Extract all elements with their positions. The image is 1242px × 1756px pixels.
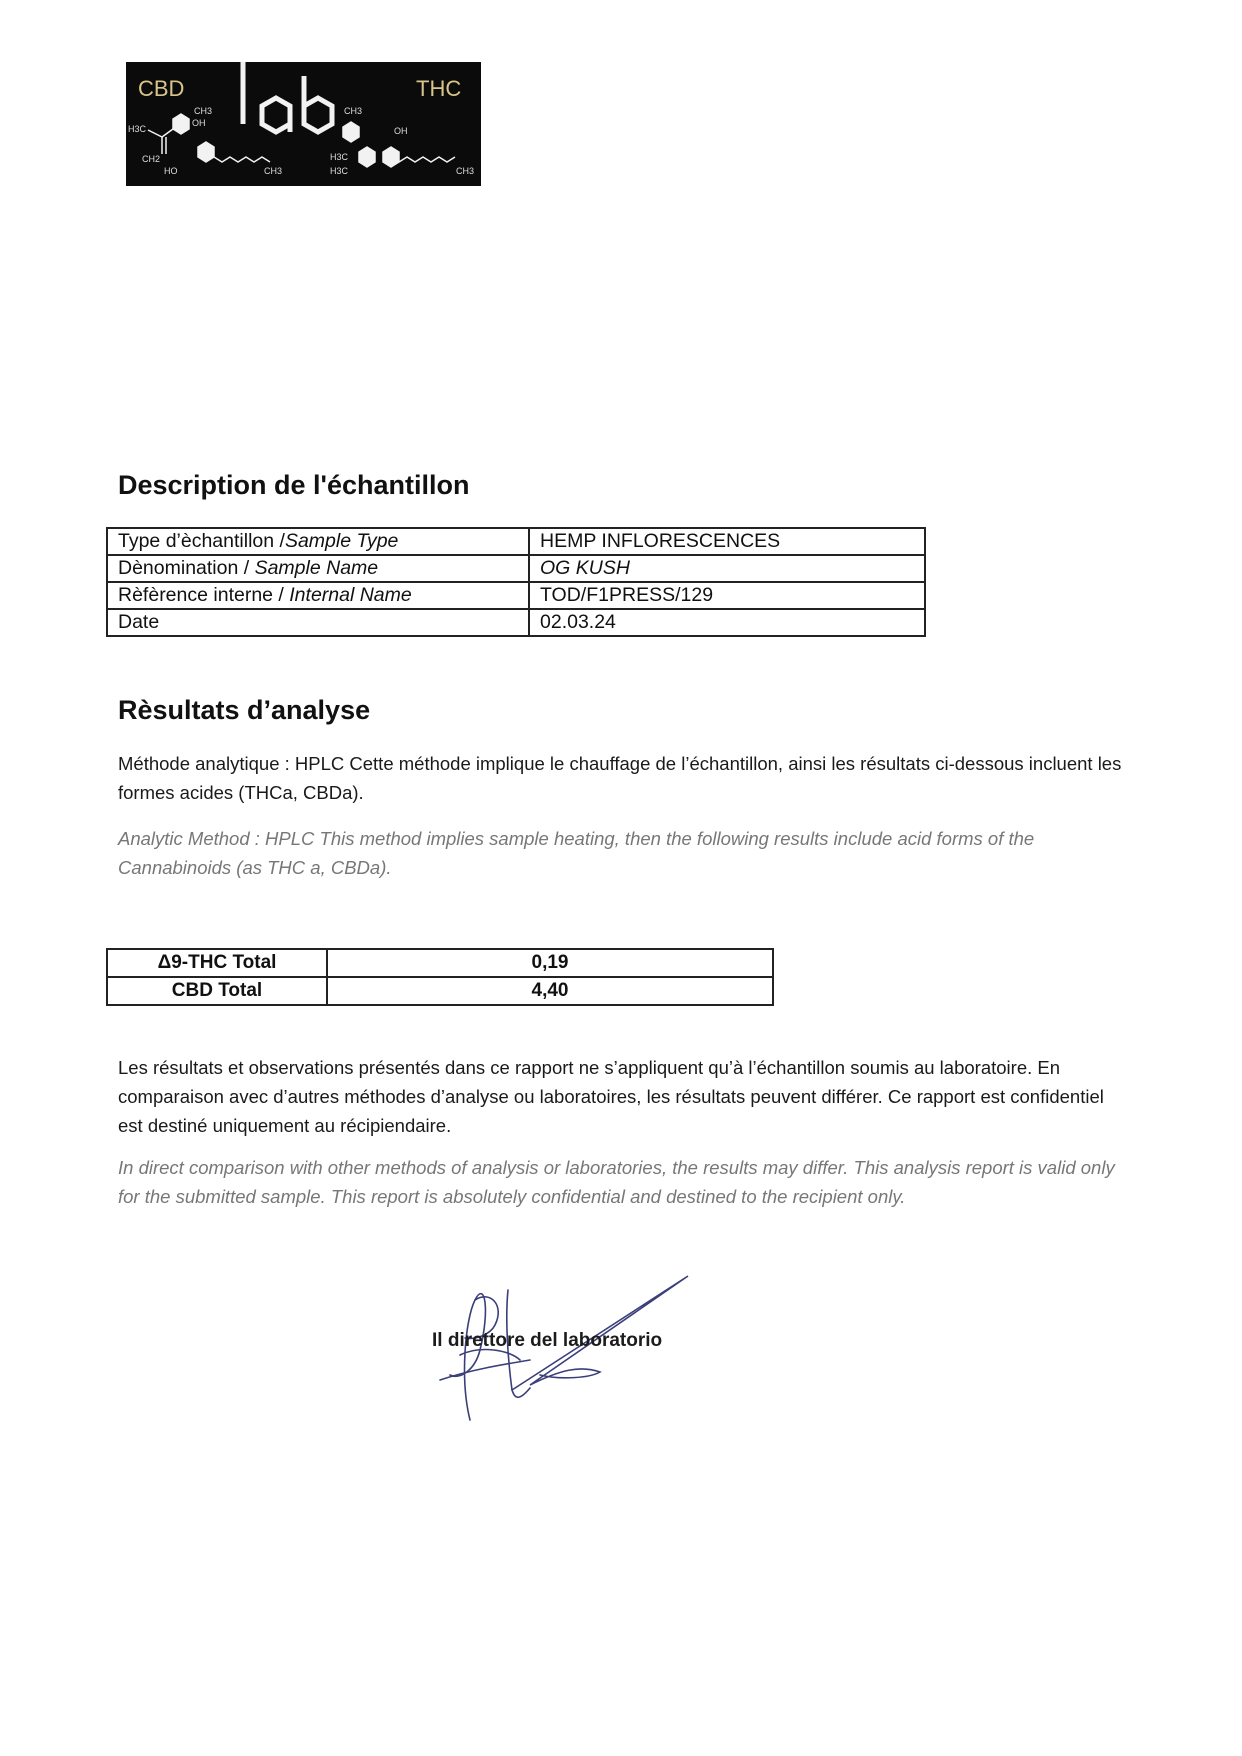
svg-text:H3C: H3C (330, 166, 349, 176)
label-fr: Dènomination / (118, 557, 255, 579)
svg-text:H3C: H3C (128, 124, 147, 134)
method-text-fr: Méthode analytique : HPLC Cette méthode … (118, 749, 1128, 807)
label-fr: Rèfèrence interne / (118, 584, 289, 606)
label-en: Sample Name (255, 557, 379, 579)
svg-text:CH2: CH2 (142, 154, 160, 164)
svg-text:OH: OH (192, 118, 206, 128)
description-heading: Description de l'échantillon (118, 470, 469, 501)
table-row: Dènomination / Sample Name OG KUSH (107, 555, 925, 582)
label-en: Sample Type (285, 530, 398, 552)
sample-name-value: OG KUSH (529, 555, 925, 582)
thc-total-label: Δ9-THC Total (107, 949, 327, 977)
disclaimer-en: In direct comparison with other methods … (118, 1153, 1128, 1211)
cbd-total-value: 4,40 (327, 977, 773, 1005)
svg-text:CH3: CH3 (344, 106, 362, 116)
svg-text:HO: HO (164, 166, 178, 176)
signature-label: Il direttore del laboratorio (432, 1330, 662, 1352)
logo-cbd-label: CBD (138, 76, 184, 101)
label-en: Internal Name (289, 584, 411, 606)
svg-text:CH3: CH3 (456, 166, 474, 176)
internal-name-value: TOD/F1PRESS/129 (529, 582, 925, 609)
table-row: Date 02.03.24 (107, 609, 925, 636)
method-text-en: Analytic Method : HPLC This method impli… (118, 824, 1128, 882)
label-fr: Date (118, 611, 159, 633)
svg-text:H3C: H3C (330, 152, 349, 162)
table-row: Rèfèrence interne / Internal Name TOD/F1… (107, 582, 925, 609)
thc-total-value: 0,19 (327, 949, 773, 977)
logo-thc-label: THC (416, 76, 461, 101)
svg-text:CH3: CH3 (194, 106, 212, 116)
table-row: Δ9-THC Total 0,19 (107, 949, 773, 977)
cbd-total-label: CBD Total (107, 977, 327, 1005)
label-fr: Type d’èchantillon / (118, 530, 285, 552)
sample-description-table: Type d’èchantillon /Sample Type HEMP INF… (106, 527, 926, 637)
lab-logo: CBD THC CH3OHH3C CH2HOCH3 (126, 62, 481, 186)
sample-type-value: HEMP INFLORESCENCES (529, 528, 925, 555)
row-label: Rèfèrence interne / Internal Name (107, 582, 529, 609)
results-heading: Rèsultats d’analyse (118, 695, 370, 726)
disclaimer-fr: Les résultats et observations présentés … (118, 1053, 1128, 1140)
cannabinoid-results-table: Δ9-THC Total 0,19 CBD Total 4,40 (106, 948, 774, 1006)
logo-lab-mark (243, 62, 332, 132)
table-row: Type d’èchantillon /Sample Type HEMP INF… (107, 528, 925, 555)
svg-text:CH3: CH3 (264, 166, 282, 176)
svg-text:OH: OH (394, 126, 408, 136)
row-label: Type d’èchantillon /Sample Type (107, 528, 529, 555)
date-value: 02.03.24 (529, 609, 925, 636)
table-row: CBD Total 4,40 (107, 977, 773, 1005)
cbd-molecule-icon (148, 114, 270, 162)
row-label: Date (107, 609, 529, 636)
row-label: Dènomination / Sample Name (107, 555, 529, 582)
